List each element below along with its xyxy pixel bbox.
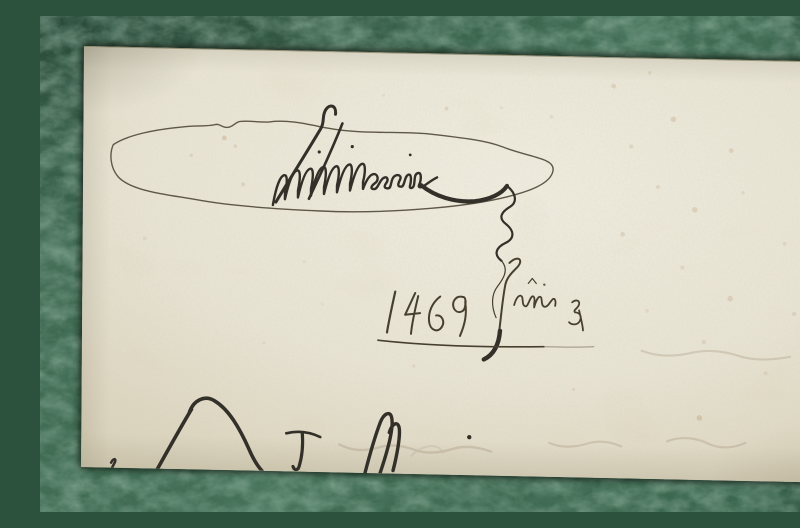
manuscript-paper: [81, 46, 800, 482]
manuscript-artwork: [81, 47, 800, 482]
autograph-photo: Eminescu 1869 juliu 9 N. T. M: [40, 16, 800, 512]
